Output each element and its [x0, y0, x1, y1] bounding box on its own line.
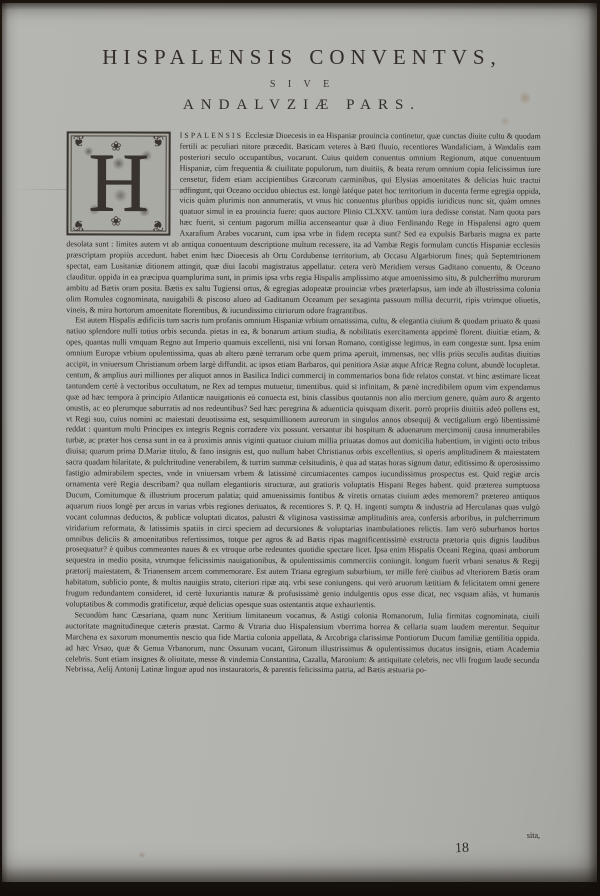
woodcut-drop-cap: ❦ ❦ ❦ ❦ ❀ ❀ H: [66, 131, 170, 235]
paragraph-text: Est autem Hispalis ædificiis tum sacris …: [65, 316, 540, 609]
book-page: HISPALENSIS CONVENTVS, S I V E ANDALVZIÆ…: [2, 3, 597, 882]
drop-cap-letter: H: [68, 133, 168, 233]
body-paragraph-3: Secundùm hanc Cæsariana, quam nunc Xerit…: [65, 610, 539, 677]
lead-word: ISPALENSIS: [180, 131, 244, 140]
page-subtitle: ANDALVZIÆ PARS.: [2, 97, 600, 114]
photo-background: HISPALENSIS CONVENTVS, S I V E ANDALVZIÆ…: [0, 0, 600, 896]
catchword: sita,: [66, 831, 540, 840]
page-number: 18: [442, 840, 483, 857]
body-paragraph-1: ❦ ❦ ❦ ❦ ❀ ❀ H ISPALENSIS Ecclesiæ Dioece…: [66, 130, 540, 317]
title-block: HISPALENSIS CONVENTVS, S I V E ANDALVZIÆ…: [2, 45, 600, 114]
body-paragraph-2: Est autem Hispalis ædificiis tum sacris …: [65, 316, 540, 612]
page-title: HISPALENSIS CONVENTVS,: [2, 45, 600, 70]
text-block: ❦ ❦ ❦ ❦ ❀ ❀ H ISPALENSIS Ecclesiæ Dioece…: [65, 130, 540, 677]
title-connector: S I V E: [2, 79, 600, 90]
paragraph-text: Secundùm hanc Cæsariana, quam nunc Xerit…: [65, 610, 539, 674]
